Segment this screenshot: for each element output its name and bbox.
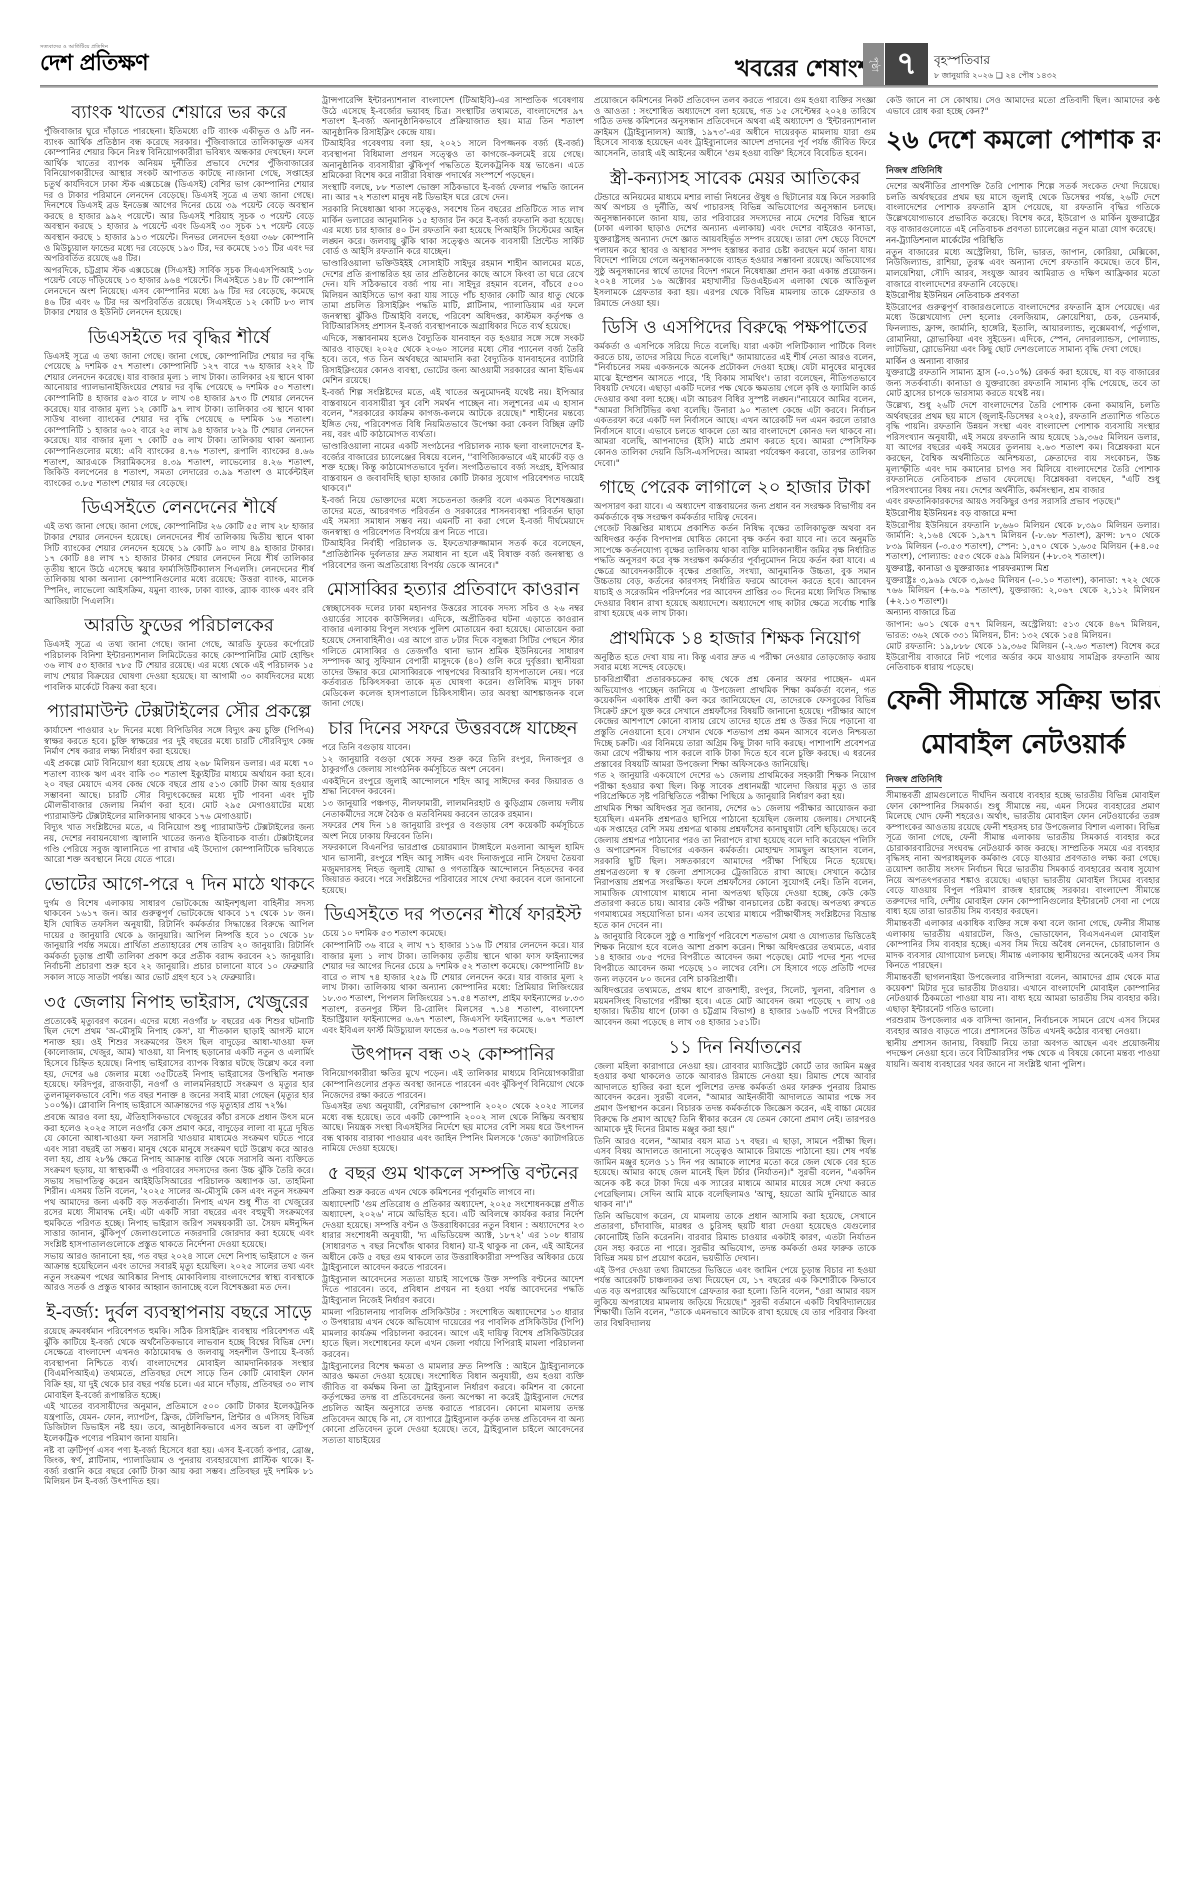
article-dc-sp-bias: ডিসি ও এসপিদের বিরুদ্ধে পক্ষপাতের কর্মকর… bbox=[594, 317, 876, 469]
article-disappearance-continued: প্রয়োজনে কমিশনের নিকট প্রতিবেদন তলব করত… bbox=[594, 96, 876, 160]
subheading: মার্কিন ও অন্যান্য বাজার bbox=[886, 357, 1160, 368]
article-body: পুঁজিবাজার ঘুরে দাঁড়াতে পারছেনা। ইতিমধ্… bbox=[44, 127, 314, 319]
paragraph: টিআইবির গবেষণায় বলা হয়, ২০২১ সালে বিপজ… bbox=[322, 139, 584, 181]
paragraph: স্থানীয় প্রশাসন জানায়, বিষয়টি নিয়ে ত… bbox=[886, 1039, 1160, 1071]
article-body: কেউ জানে না সে কোথায়। সেও আমাদের মতো প্… bbox=[886, 96, 1160, 117]
headline: প্যারামাউন্ট টেক্সটাইলের সৌর প্রকল্পে bbox=[44, 701, 314, 723]
paragraph: ট্রান্সপারেন্সি ইন্টারন্যাশনাল বাংলাদেশ … bbox=[322, 96, 584, 138]
paragraph: স্বেচ্ছাসেবক দলের ঢাকা মহানগর উত্তরের সা… bbox=[322, 604, 584, 710]
paragraph: পরশুরাম উপজেলার এক বাসিন্দা জানান, নির্ব… bbox=[886, 1016, 1160, 1037]
byline: নিজস্ব প্রতিনিধি bbox=[886, 163, 942, 179]
paragraph: এই তথ্য জানা গেছে। জানা গেছে, কোম্পানিটি… bbox=[44, 522, 314, 607]
headline: ৫ বছর গুম থাকলে সম্পত্তি বণ্টনের bbox=[322, 1163, 584, 1185]
paragraph: ভাণ্ডারিওয়ালা ভক্তিউইইই সোসাইটি সাইদুর … bbox=[322, 259, 584, 333]
paragraph: সভায় আরও জানানো হয়, গত বছর ২০২৪ সালে দ… bbox=[44, 1252, 314, 1294]
paragraph: কেউ জানে না সে কোথায়। সেও আমাদের মতো প্… bbox=[886, 96, 1160, 117]
paragraph: ই-বর্জ্য শিল্প সংশ্লিষ্টদের মতে, এই খাতে… bbox=[322, 388, 584, 441]
newspaper-logo: সত্যবাদের ও আর্তিটিয়ে প্রতিদিন দেশ প্রত… bbox=[40, 44, 148, 77]
column-2: ট্রান্সপারেন্সি ইন্টারন্যাশনাল বাংলাদেশ … bbox=[322, 96, 584, 1454]
subheading: অন্যান্য বাজারে চিত্র bbox=[886, 608, 1160, 619]
paragraph: কোম্পানিটি ৩৬ বারে ২ লাখ ৭১ হাজার ১১৬ টি… bbox=[322, 941, 584, 1036]
paragraph: সীমান্তবর্তী ছাগলনাইয়া উপজেলার বাসিন্দা… bbox=[886, 973, 1160, 1015]
headline: প্রাথমিকে ১৪ হাজার শিক্ষক নিয়োগ bbox=[594, 628, 876, 650]
headline: ডিএসইতে দর পতনের শীর্ষে ফারইস্ট bbox=[322, 904, 584, 926]
article-nipah-virus: ৩৫ জেলায় নিপাহ ভাইরাস, খেজুরের রস প্রত্… bbox=[44, 992, 314, 1294]
column-1: ব্যাংক খাতের শেয়ারে ভর করে পুঁজিবাজার ঘ… bbox=[44, 96, 314, 1496]
headline: আরডি ফুডের পরিচালকের bbox=[44, 615, 314, 637]
subheading: যুক্তরাষ্ট্র, কানাডা ও যুক্তরাজ্যঃ পারফর… bbox=[886, 564, 1160, 575]
paragraph: সীমান্তবর্তী এলাকার একাধিক ব্যক্তির সঙ্গ… bbox=[886, 919, 1160, 972]
paragraph: এদিকে, সম্ভাবনাময় হলেও বৈদ্যুতিক যানবাহ… bbox=[322, 334, 584, 387]
paragraph: রয়েছে ক্রমবর্ধমান পরিবেশগত হুমকি। সঠিক … bbox=[44, 1327, 314, 1401]
paragraph: যুক্তরাষ্ট্রঃ ৩,৯৬৯ থেকে ৩,৯৬৫ মিলিয়ন (… bbox=[886, 576, 1160, 608]
article-32-companies: উৎপাদন বন্ধ ৩২ কোম্পানির বিনিয়োগকারীরা … bbox=[322, 1044, 584, 1155]
paragraph: ট্রাইব্যুনালের বিশেষ ক্ষমতা ও মামলার দ্র… bbox=[322, 1362, 584, 1447]
paragraph: ইউরোপের গুরুত্বপূর্ণ বাজারগুলোতে বাংলাদে… bbox=[886, 303, 1160, 356]
article-body: দেশের অর্থনীতির প্রাণশক্তি তৈরি পোশাক শি… bbox=[886, 182, 1160, 674]
paragraph: অধিদপ্তরের তথ্যমতে, প্রথম ধাপে রাজশাহী, … bbox=[594, 986, 876, 1028]
article-body: পরে তিনি বগুড়ায় যাবেন। ১২ জানুয়ারি বগ… bbox=[322, 743, 584, 896]
paragraph: চেয়ে ১০ দশমিক ৫৩ শতাংশ কমেছে। bbox=[322, 929, 584, 940]
paragraph: ইউরোপীয় ইউনিয়নে রফতানি ৮,৬৬০ মিলিয়ন থ… bbox=[886, 521, 1160, 563]
paragraph: অপরদিকে, চট্টগ্রাম স্টক এক্সচেঞ্জে (সিএস… bbox=[44, 266, 314, 319]
article-primary-teachers: প্রাথমিকে ১৪ হাজার শিক্ষক নিয়োগ অনুষ্ঠি… bbox=[594, 628, 876, 1029]
headline: ই-বর্জ্য: দুর্বল ব্যবস্থাপনায় বছরে সাড়… bbox=[44, 1302, 314, 1324]
headline: ১১ দিন নির্যাতনের bbox=[594, 1037, 876, 1059]
masthead: সত্যবাদের ও আর্তিটিয়ে প্রতিদিন দেশ প্রত… bbox=[0, 0, 1200, 84]
article-former-mayor-atiq: স্ত্রী-কন্যাসহ সাবেক মেয়র আতিকের টেন্ডা… bbox=[594, 168, 876, 310]
article-body: বিনিয়োগকারীরা ক্ষতির মুখে পড়েন। এই তাল… bbox=[322, 1069, 584, 1155]
paragraph: মামলা পরিচালনায় পাবলিক প্রসিকিউটর : সংশ… bbox=[322, 1308, 584, 1361]
article-body: ডিএসই সূত্রে এ তথ্য জানা গেছে। জানা গেছে… bbox=[44, 640, 314, 693]
paragraph: ১৩ জানুয়ারি পঞ্চগড়, নীলফামারী, লালমনির… bbox=[322, 799, 584, 820]
headline: ৩৫ জেলায় নিপাহ ভাইরাস, খেজুরের রস bbox=[44, 992, 314, 1014]
article-body: রয়েছে ক্রমবর্ধমান পরিবেশগত হুমকি। সঠিক … bbox=[44, 1327, 314, 1488]
article-body: অনুষ্ঠিত হতে দেখা যায় না। কিন্তু এবার দ… bbox=[594, 653, 876, 1029]
paragraph: প্রবন্ধে আরও বলা হয়, ঐতিহাসিকভাবে খেজুর… bbox=[44, 1113, 314, 1251]
article-bank-shares: ব্যাংক খাতের শেয়ারে ভর করে পুঁজিবাজার ঘ… bbox=[44, 102, 314, 319]
headline: উৎপাদন বন্ধ ৩২ কোম্পানির bbox=[322, 1044, 584, 1066]
headline: চার দিনের সফরে উত্তরবঙ্গে যাচ্ছেন bbox=[322, 718, 584, 740]
paragraph: সফরকালে বিএনপির ভারপ্রাপ্ত চেয়ারম্যান ট… bbox=[322, 843, 584, 896]
article-dse-gainers: ডিএসইতে দর বৃদ্ধির শীর্ষে ডিএসই সূত্রে এ… bbox=[44, 327, 314, 490]
paragraph: জাপান: ৬০১ থেকে ৫৭৭ মিলিয়ন, অস্ট্রেলিয়… bbox=[886, 620, 1160, 641]
headline-line-1: ফেনী সীমান্তে সক্রিয় ভারতীয় bbox=[886, 682, 1160, 720]
article-body: দুর্গম ও বিশেষ এলাকায় সাধারণ ভোটকেন্দ্র… bbox=[44, 899, 314, 984]
article-election-forces: ভোটের আগে-পরে ৭ দিন মাঠে থাকবে দুর্গম ও … bbox=[44, 874, 314, 984]
headline: ব্যাংক খাতের শেয়ারে ভর করে bbox=[44, 102, 314, 124]
paragraph: টেন্ডারে অনিয়মের মাধ্যমে মশার লার্ভা নি… bbox=[594, 193, 876, 310]
article-tree-nail-fine: গাছে পেরেক লাগালে ২০ হাজার টাকা অপসারণ ক… bbox=[594, 477, 876, 620]
subheading: নন-ট্র্যাডিশনাল মার্কেটের পরিস্থিতি bbox=[886, 236, 1160, 247]
paragraph: টিআইবির নির্বাহী পরিচালক ড. ইফতেখারুজ্জা… bbox=[322, 539, 584, 571]
paragraph: সীমান্তবর্তী গ্রামগুলোতে দীর্ঘদিন অবাধে … bbox=[886, 791, 1160, 918]
paragraph: এই উপর দেওয়া তথ্য রিমান্ডের ভিত্তিতে এব… bbox=[594, 1266, 876, 1330]
article-dse-turnover: ডিএসইতে লেনদেনের শীর্ষে এই তথ্য জানা গেছ… bbox=[44, 497, 314, 607]
page-label: পৃষ্ঠা bbox=[863, 43, 884, 85]
headline: ভোটের আগে-পরে ৭ দিন মাঠে থাকবে bbox=[44, 874, 314, 896]
article-continued-quote: কেউ জানে না সে কোথায়। সেও আমাদের মতো প্… bbox=[886, 96, 1160, 117]
article-body: প্রয়োজনে কমিশনের নিকট প্রতিবেদন তলব করত… bbox=[594, 96, 876, 160]
article-e-waste-continued: ট্রান্সপারেন্সি ইন্টারন্যাশনাল বাংলাদেশ … bbox=[322, 96, 584, 571]
paragraph: ডিএসই সূত্রে এ তথ্য জানা গেছে। জানা গেছে… bbox=[44, 352, 314, 490]
paragraph: ট্রাইব্যুনাল আবেদনের সত্যতা যাচাই সাপেক্… bbox=[322, 1275, 584, 1307]
headline: গাছে পেরেক লাগালে ২০ হাজার টাকা bbox=[594, 477, 876, 499]
column-4: কেউ জানে না সে কোথায়। সেও আমাদের মতো প্… bbox=[886, 96, 1160, 1078]
article-north-bengal-tour: চার দিনের সফরে উত্তরবঙ্গে যাচ্ছেন পরে তি… bbox=[322, 718, 584, 896]
paragraph: নতুন বাজারের মধ্যে অস্ট্রেলিয়া, চিলি, ভ… bbox=[886, 248, 1160, 290]
paragraph: উল্লেখ্য, শুধু ২৬টি দেশে বাংলাদেশের তৈরি… bbox=[886, 401, 1160, 496]
logo-tagline: সত্যবাদের ও আর্তিটিয়ে প্রতিদিন bbox=[40, 44, 148, 51]
paragraph: তিনি অভিযোগ করেন, যে মামলায় তাকে প্রধান… bbox=[594, 1212, 876, 1265]
headline: ডিসি ও এসপিদের বিরুদ্ধে পক্ষপাতের bbox=[594, 317, 876, 339]
article-body: ডিএসই সূত্রে এ তথ্য জানা গেছে। জানা গেছে… bbox=[44, 352, 314, 490]
paragraph: কার্যাদেশ পাওয়ার ২৮ দিনের মধ্যে বিপিডিব… bbox=[44, 726, 314, 758]
paragraph: ১২ জানুয়ারি বগুড়া থেকে সফর শুরু করে তি… bbox=[322, 755, 584, 776]
article-rd-food: আরডি ফুডের পরিচালকের ডিএসই সূত্রে এ তথ্য… bbox=[44, 615, 314, 693]
headline: স্ত্রী-কন্যাসহ সাবেক মেয়র আতিকের bbox=[594, 168, 876, 190]
paragraph: প্রাথমিক শিক্ষা অধিদপ্তর সূত্র জানায়, দ… bbox=[594, 804, 876, 931]
paragraph: গত ২ জানুয়ারি একযোগে দেশের ৬১ জেলায় প্… bbox=[594, 771, 876, 803]
page-number: ৭ bbox=[885, 43, 928, 85]
paragraph: চাকরিপ্রার্থীরা প্রতারকচক্রের কাছ থেকে প… bbox=[594, 675, 876, 770]
headline: ডিএসইতে লেনদেনের শীর্ষে bbox=[44, 497, 314, 519]
article-paramount-solar: প্যারামাউন্ট টেক্সটাইলের সৌর প্রকল্পে কা… bbox=[44, 701, 314, 866]
headline-line-2: মোবাইল নেটওয়ার্ক bbox=[886, 726, 1160, 764]
paragraph: একইদিনে রংপুরে জুলাই আন্দোলনে শহিদ আবু স… bbox=[322, 777, 584, 798]
article-body: প্রত্যেকেই মৃত্যুবরণ করেন। এদের মধ্যে নও… bbox=[44, 1017, 314, 1294]
paragraph: ডিএসইর তথ্য অনুযায়ী, বেশিরভাগ কোম্পানি … bbox=[322, 1102, 584, 1155]
article-body: কার্যাদেশ পাওয়ার ২৮ দিনের মধ্যে বিপিডিব… bbox=[44, 726, 314, 866]
article-feni-indian-network: ফেনী সীমান্তে সক্রিয় ভারতীয় মোবাইল নেট… bbox=[886, 682, 1160, 1070]
paragraph: দেশের অর্থনীতির প্রাণশক্তি তৈরি পোশাক শি… bbox=[886, 182, 1160, 235]
paragraph: যুক্তরাষ্ট্রে রফতানি সামান্য হ্রাস (-০.১… bbox=[886, 368, 1160, 400]
paragraph: এই প্রকল্পে মোট বিনিয়োগ ধরা হয়েছে প্রা… bbox=[44, 759, 314, 823]
article-body: প্রক্রিয়া শুরু করতে এখন থেকে কমিশনের পূ… bbox=[322, 1188, 584, 1446]
paragraph: গেজেট বিজ্ঞপ্তির মাধ্যমে প্রকাশিত কর্তন … bbox=[594, 524, 876, 619]
paragraph: ৯ জানুয়ারি বিকেলে সুষ্ঠু ও শান্তিপূর্ণ … bbox=[594, 932, 876, 985]
paragraph: ভাণ্ডারিওয়ালা নামের একটি সংগঠনের পরিচাল… bbox=[322, 442, 584, 495]
article-body: স্বেচ্ছাসেবক দলের ঢাকা মহানগর উত্তরের সা… bbox=[322, 604, 584, 710]
paragraph: প্রত্যেকেই মৃত্যুবরণ করেন। এদের মধ্যে নও… bbox=[44, 1017, 314, 1112]
headline: ২৬ দেশে কমলো পোশাক রফতানি bbox=[886, 125, 1160, 155]
byline: নিজস্ব প্রতিনিধি bbox=[886, 772, 942, 788]
headline: ডিএসইতে দর বৃদ্ধির শীর্ষে bbox=[44, 327, 314, 349]
article-mosabbir-murder: মোসাব্বির হত্যার প্রতিবাদে কাওরান স্বেচ্… bbox=[322, 579, 584, 710]
article-body: অপসারণ করা যাবে। এ অধ্যাদেশ বাস্তবায়নের… bbox=[594, 502, 876, 620]
paragraph: তিনি আরও বলেন, "আমার বয়স মাত্র ১৭ বছর। … bbox=[594, 1137, 876, 1211]
article-garment-exports: ২৬ দেশে কমলো পোশাক রফতানি নিজস্ব প্রতিনি… bbox=[886, 125, 1160, 674]
paragraph: ডিএসই সূত্রে এ তথ্য জানা গেছে। জানা গেছে… bbox=[44, 640, 314, 693]
article-body: ট্রান্সপারেন্সি ইন্টারন্যাশনাল বাংলাদেশ … bbox=[322, 96, 584, 571]
article-body: জেলা মহিলা কারাগারে নেওয়া হয়। রোববার ম… bbox=[594, 1062, 876, 1330]
date-day: বৃহস্পতিবার bbox=[934, 52, 990, 72]
paragraph: বিনিয়োগকারীরা ক্ষতির মুখে পড়েন। এই তাল… bbox=[322, 1069, 584, 1101]
paragraph: এবং রফতানিকারকদের আয়ও সবকিছুর ওপর সরাসর… bbox=[886, 497, 1160, 508]
paragraph: মোট রফতানি: ১৯,৮৮৮ থেকে ১৯,৩৬৫ মিলিয়ন (… bbox=[886, 642, 1160, 674]
header-rule bbox=[40, 85, 1158, 88]
paragraph: সরকারি নিষেধাজ্ঞা থাকা সত্ত্বেও, সবশেষ ত… bbox=[322, 205, 584, 258]
article-body: সীমান্তবর্তী গ্রামগুলোতে দীর্ঘদিন অবাধে … bbox=[886, 791, 1160, 1070]
article-body: চেয়ে ১০ দশমিক ৫৩ শতাংশ কমেছে। কোম্পানিট… bbox=[322, 929, 584, 1036]
paragraph: প্রক্রিয়া শুরু করতে এখন থেকে কমিশনের পূ… bbox=[322, 1188, 584, 1199]
paragraph: সফরের শেষ দিন ১৪ জানুয়ারি রংপুর ও বগুড়… bbox=[322, 821, 584, 842]
article-11-days-torture: ১১ দিন নির্যাতনের জেলা মহিলা কারাগারে নে… bbox=[594, 1037, 876, 1330]
paragraph: অপসারণ করা যাবে। এ অধ্যাদেশ বাস্তবায়নের… bbox=[594, 502, 876, 523]
article-body: টেন্ডারে অনিয়মের মাধ্যমে মশার লার্ভা নি… bbox=[594, 193, 876, 310]
paragraph: পরে তিনি বগুড়ায় যাবেন। bbox=[322, 743, 584, 754]
headline: মোসাব্বির হত্যার প্রতিবাদে কাওরান bbox=[322, 579, 584, 601]
paragraph: কর্মকর্তা ও এসপিকে সরিয়ে দিতে বলেছি। যা… bbox=[594, 342, 876, 469]
paragraph: পুঁজিবাজার ঘুরে দাঁড়াতে পারছেনা। ইতিমধ্… bbox=[44, 127, 314, 265]
article-enforced-disappearance: ৫ বছর গুম থাকলে সম্পত্তি বণ্টনের প্রক্রি… bbox=[322, 1163, 584, 1446]
date-full: ৮ জানুয়ারি ২০২৬ ❑ ২৪ পৌষ ১৪৩২ bbox=[934, 70, 1057, 83]
paragraph: এই খাতের ব্যবসায়ীদের অনুমান, প্রতিমাসে … bbox=[44, 1402, 314, 1444]
article-body: এই তথ্য জানা গেছে। জানা গেছে, কোম্পানিটি… bbox=[44, 522, 314, 607]
paragraph: প্রয়োজনে কমিশনের নিকট প্রতিবেদন তলব করত… bbox=[594, 96, 876, 160]
column-3: প্রয়োজনে কমিশনের নিকট প্রতিবেদন তলব করত… bbox=[594, 96, 876, 1337]
paragraph: সংস্থাটি বলছে, ৮৮ শতাংশ ভোক্তা সঠিকভাবে … bbox=[322, 183, 584, 204]
article-dse-losers: ডিএসইতে দর পতনের শীর্ষে ফারইস্ট চেয়ে ১০… bbox=[322, 904, 584, 1036]
paragraph: নষ্ট বা ত্রুটিপূর্ণ এসব পণ্য ই-বর্জ্য হি… bbox=[44, 1446, 314, 1488]
paragraph: ই-বর্জ্য নিয়ে ভোক্তাদের মধ্যে সচেতনতা জ… bbox=[322, 496, 584, 538]
subheading: ইউরোপীয় ইউনিয়নঃ বড় বাজারে মন্দা bbox=[886, 509, 1160, 520]
article-e-waste: ই-বর্জ্য: দুর্বল ব্যবস্থাপনায় বছরে সাড়… bbox=[44, 1302, 314, 1488]
paragraph: জেলা মহিলা কারাগারে নেওয়া হয়। রোববার ম… bbox=[594, 1062, 876, 1136]
paragraph: অধ্যাদেশটি 'গুম প্রতিরোধ ও প্রতিকার অধ্য… bbox=[322, 1200, 584, 1274]
paragraph: দুর্গম ও বিশেষ এলাকায় সাধারণ ভোটকেন্দ্র… bbox=[44, 899, 314, 984]
paragraph: বিদ্যুৎ খাত সংশ্লিষ্টদের মতে, এ বিনিয়োগ… bbox=[44, 823, 314, 865]
subheading: ইউরোপীয় ইউনিয়ন নেতিবাচক প্রবণতা bbox=[886, 291, 1160, 302]
paragraph: অনুষ্ঠিত হতে দেখা যায় না। কিন্তু এবার দ… bbox=[594, 653, 876, 674]
section-title: খবরের শেষাংশ bbox=[735, 50, 871, 89]
logo-name: দেশ প্রতিক্ষণ bbox=[40, 51, 148, 77]
article-body: কর্মকর্তা ও এসপিকে সরিয়ে দিতে বলেছি। যা… bbox=[594, 342, 876, 469]
